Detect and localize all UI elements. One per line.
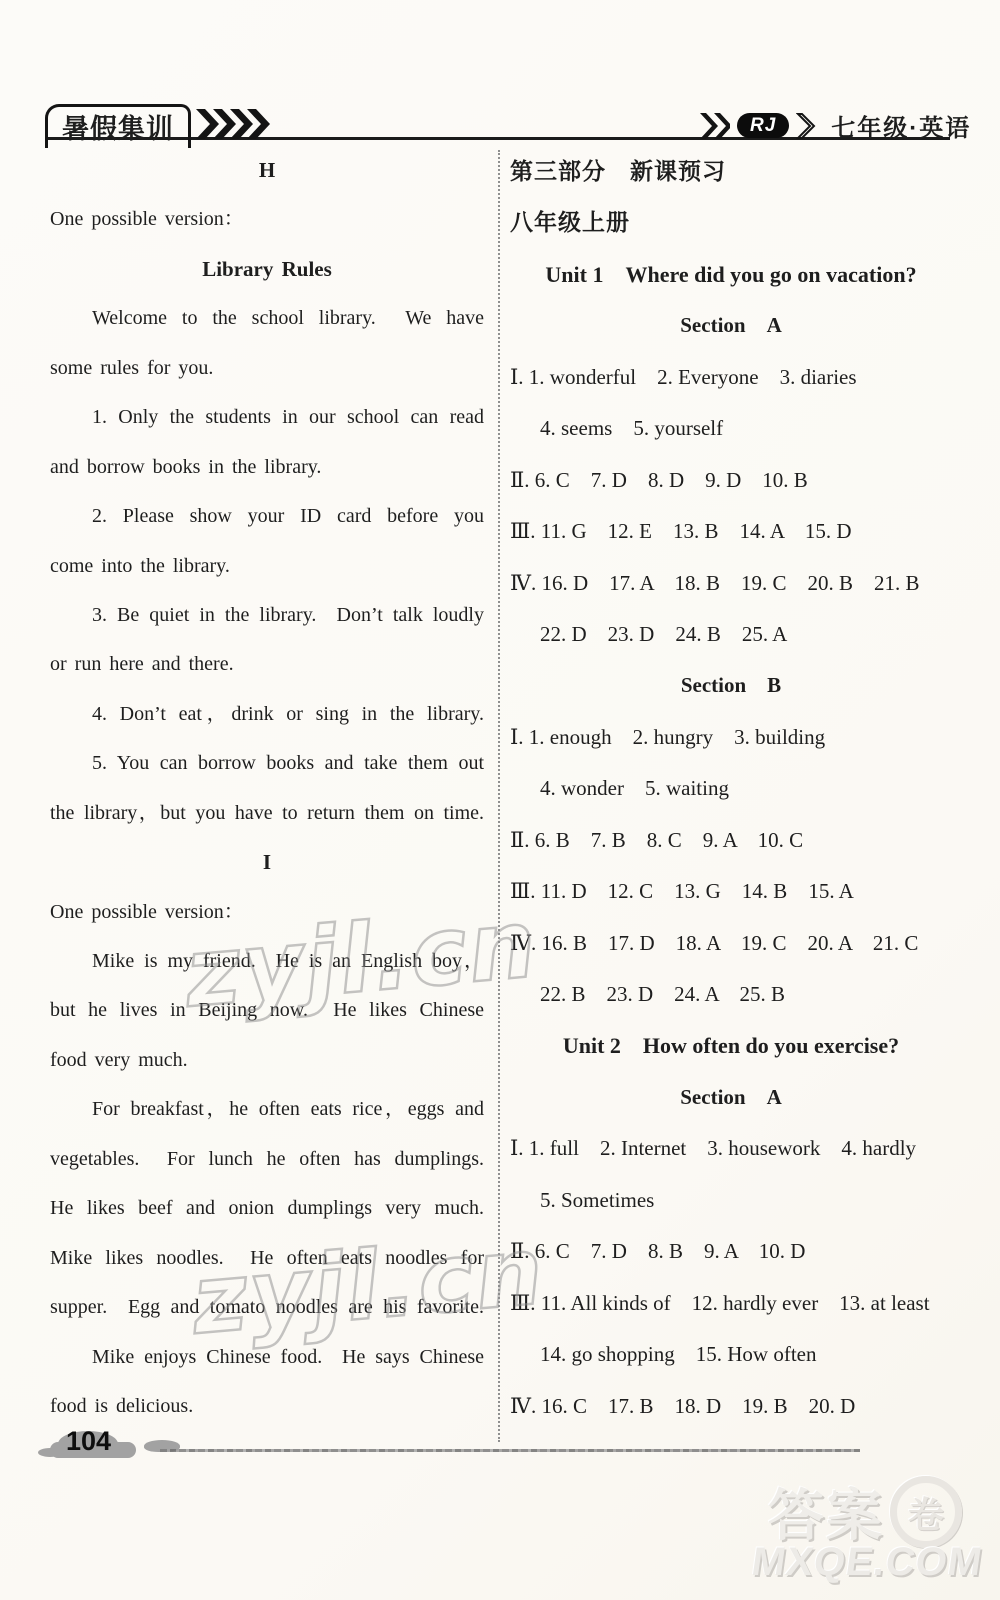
essay-line: or run here and there. (50, 640, 484, 689)
chevron-outline-icon (796, 113, 816, 139)
essay-line: vegetables. For lunch he often has dumpl… (50, 1135, 484, 1184)
answer-line: Ⅳ. 16. D 17. A 18. B 19. C 20. B 21. B (510, 558, 952, 609)
essay-line: Mike enjoys Chinese food. He says Chines… (50, 1333, 484, 1382)
footer-rule (160, 1449, 860, 1452)
essay-line: Welcome to the school library. We have (50, 294, 484, 343)
book-heading: 八年级上册 (510, 197, 952, 248)
answer-line: 4. wonder 5. waiting (510, 763, 952, 814)
essay-line: but he lives in Beijing now. He likes Ch… (50, 986, 484, 1035)
essay-line: Mike is my friend. He is an English boy， (50, 937, 484, 986)
unit1-heading: Unit 1 Where did you go on vacation? (510, 249, 952, 300)
section-label-h: H (50, 146, 484, 195)
essay-line: Mike likes noodles. He often eats noodle… (50, 1234, 484, 1283)
answer-line: Ⅲ. 11. D 12. C 13. G 14. B 15. A (510, 866, 952, 917)
section-label-i: I (50, 838, 484, 887)
unit2-heading: Unit 2 How often do you exercise? (510, 1020, 952, 1071)
answer-line: Ⅲ. 11. All kinds of 12. hardly ever 13. … (510, 1278, 952, 1329)
essay-line: He likes beef and onion dumplings very m… (50, 1184, 484, 1233)
part3-heading: 第三部分 新课预习 (510, 146, 952, 197)
answer-line: Ⅱ. 6. B 7. B 8. C 9. A 10. C (510, 815, 952, 866)
scanned-answer-page: 暑假集训 RJ 七年级·英语 H One possible version： L… (0, 0, 1000, 1600)
chevron-right-icon (700, 113, 730, 139)
answer-line: 5. Sometimes (510, 1175, 952, 1226)
essay-line: and borrow books in the library. (50, 443, 484, 492)
answer-line: Ⅲ. 11. G 12. E 13. B 14. A 15. D (510, 506, 952, 557)
chevron-right-icons (196, 108, 280, 140)
essay-line: some rules for you. (50, 344, 484, 393)
answer-line: 14. go shopping 15. How often (510, 1329, 952, 1380)
answer-line: 4. seems 5. yourself (510, 403, 952, 454)
answer-line: Ⅳ. 16. C 17. B 18. D 19. B 20. D (510, 1381, 952, 1432)
answer-brand-circle-icon: 卷 (890, 1476, 962, 1548)
unit1-sectionB-heading: Section B (510, 660, 952, 711)
answer-line: Ⅳ. 16. B 17. D 18. A 19. C 20. A 21. C (510, 918, 952, 969)
essay-title-library-rules: Library Rules (50, 245, 484, 294)
left-column: H One possible version： Library Rules We… (50, 146, 484, 1431)
answer-line: Ⅰ. 1. wonderful 2. Everyone 3. diaries (510, 352, 952, 403)
possible-version-label: One possible version： (50, 888, 484, 937)
answer-line: 22. B 23. D 24. A 25. B (510, 969, 952, 1020)
essay-line: the library，but you have to return them … (50, 789, 484, 838)
answer-line: Ⅰ. 1. enough 2. hungry 3. building (510, 712, 952, 763)
answer-line: Ⅰ. 1. full 2. Internet 3. housework 4. h… (510, 1123, 952, 1174)
series-logo: 暑假集训 (45, 104, 191, 148)
essay-line: 5. You can borrow books and take them ou… (50, 739, 484, 788)
series-logo-text: 暑假集训 (62, 114, 174, 144)
essay-line: 4. Don’t eat，drink or sing in the librar… (50, 690, 484, 739)
unit2-sectionA-heading: Section A (510, 1072, 952, 1123)
essay-line: 2. Please show your ID card before you (50, 492, 484, 541)
answer-site-watermark: MXQE.COM (749, 1540, 986, 1585)
answer-line: Ⅱ. 6. C 7. D 8. D 9. D 10. B (510, 455, 952, 506)
essay-line: come into the library. (50, 542, 484, 591)
grade-subject-label: 七年级·英语 (831, 108, 971, 143)
edition-badge: RJ (737, 113, 789, 138)
essay-line: 1. Only the students in our school can r… (50, 393, 484, 442)
essay-line: supper. Egg and tomato noodles are his f… (50, 1283, 484, 1332)
essay-line: food is delicious. (50, 1382, 484, 1431)
column-divider (498, 150, 500, 1442)
right-column: 第三部分 新课预习 八年级上册 Unit 1 Where did you go … (510, 146, 952, 1432)
page-number: 104 (66, 1426, 111, 1457)
answer-line: 22. D 23. D 24. B 25. A (510, 609, 952, 660)
essay-line: 3. Be quiet in the library. Don’t talk l… (50, 591, 484, 640)
unit1-sectionA-heading: Section A (510, 300, 952, 351)
essay-line: For breakfast，he often eats rice，eggs an… (50, 1085, 484, 1134)
header-edition-group: RJ 七年级·英语 (700, 108, 971, 143)
essay-line: food very much. (50, 1036, 484, 1085)
answer-line: Ⅱ. 6. C 7. D 8. B 9. A 10. D (510, 1226, 952, 1277)
possible-version-label: One possible version： (50, 195, 484, 244)
